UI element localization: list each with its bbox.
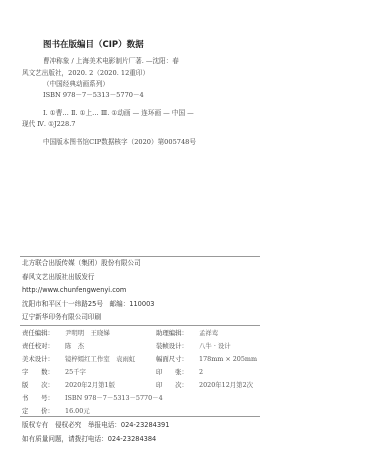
credit-value: ISBN 978－7－5313－5770－4 — [65, 394, 163, 402]
credit-value: 陈 杰 — [65, 342, 84, 350]
cip-classification-1: Ⅰ. ①曹… Ⅱ. ①上… Ⅲ. ①动画 — 连环画 — 中国 — — [43, 108, 194, 120]
cip-classification-2: 现代 Ⅳ. ①J228.7 — [22, 119, 76, 131]
credit-label: 印 张： — [156, 366, 199, 380]
credit-format-size: 幅面尺寸：178mm × 205mm — [156, 353, 257, 367]
credit-print-sheets: 印 张：2 — [156, 366, 203, 380]
divider-bottom — [20, 416, 260, 417]
credit-editor: 责任编辑：尹明明 王晓娣 — [22, 327, 110, 341]
credit-value: 孟祥鸾 — [199, 329, 218, 337]
credit-value: 八牛 · 设计 — [199, 342, 231, 350]
credit-printing: 印 次：2020年12月第2次 — [156, 379, 253, 393]
publisher-website[interactable]: http://www.chunfengwenyi.com — [22, 284, 126, 298]
cip-line-3: （中国经典动画系列） — [43, 79, 109, 91]
credit-word-count: 字 数：25千字 — [22, 366, 86, 380]
credit-value: 16.00元 — [65, 407, 90, 415]
copyright-notice: 版权专有 侵权必究 举报电话：024-23284391 — [22, 418, 169, 432]
credit-label: 助理编辑： — [156, 327, 199, 341]
credit-edition: 版 次：2020年2月第1版 — [22, 379, 115, 393]
credit-label: 美术设计： — [22, 353, 65, 367]
credit-label: 责任校对： — [22, 340, 65, 354]
credit-binding-design: 装帧设计：八牛 · 设计 — [156, 340, 231, 354]
credit-value: 2020年12月第2次 — [199, 381, 253, 389]
credit-label: 幅面尺寸： — [156, 353, 199, 367]
credit-value: 2020年2月第1版 — [65, 381, 115, 389]
divider-middle — [20, 325, 260, 326]
credit-label: 字 数： — [22, 366, 65, 380]
publisher-press: 春风文艺出版社出版发行 — [22, 271, 95, 285]
credit-value: 尹明明 王晓娣 — [65, 329, 110, 337]
publisher-group: 北方联合出版传媒（集团）股份有限公司 — [22, 257, 141, 271]
credit-value: 2 — [199, 368, 203, 376]
credit-value: 178mm × 205mm — [199, 355, 257, 363]
credit-value: 镜梓嫣红工作室 袁雨虹 — [65, 355, 135, 363]
cip-heading: 图书在版编目（CIP）数据 — [43, 38, 144, 50]
quality-contact: 如有质量问题，请拨打电话：024-23284384 — [22, 432, 156, 446]
cip-approval-number: 中国版本图书馆CIP数据核字（2020）第005748号 — [43, 137, 196, 149]
credit-value: 25千字 — [65, 368, 86, 376]
credit-assistant-editor: 助理编辑：孟祥鸾 — [156, 327, 218, 341]
publisher-address: 沈阳市和平区十一纬路25号 邮编：110003 — [22, 298, 154, 312]
credit-art-design: 美术设计：镜梓嫣红工作室 袁雨虹 — [22, 353, 135, 367]
cip-isbn: ISBN 978－7－5313－5770－4 — [43, 90, 144, 102]
credit-isbn: 书 号：ISBN 978－7－5313－5770－4 — [22, 392, 163, 406]
credit-label: 装帧设计： — [156, 340, 199, 354]
credit-label: 版 次： — [22, 379, 65, 393]
credit-label: 责任编辑： — [22, 327, 65, 341]
credit-proofreader: 责任校对：陈 杰 — [22, 340, 84, 354]
cip-line-2: 风文艺出版社，2020. 2（2020. 12重印） — [22, 68, 149, 80]
credit-label: 印 次： — [156, 379, 199, 393]
publisher-printer: 辽宁新华印务有限公司印刷 — [22, 311, 101, 325]
credit-label: 书 号： — [22, 392, 65, 406]
cip-line-1: 曹冲称象 / 上海美术电影制片厂著. —沈阳：春 — [43, 56, 179, 68]
